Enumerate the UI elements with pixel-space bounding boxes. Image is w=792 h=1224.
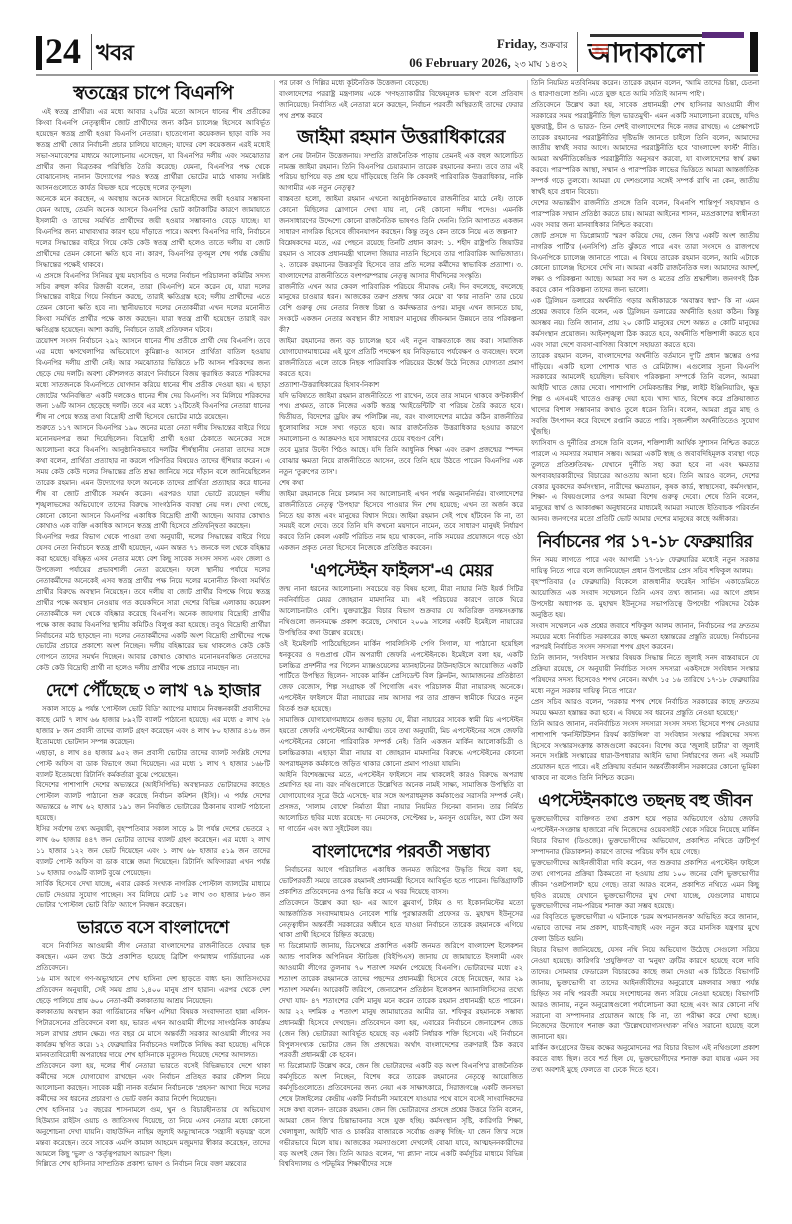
paragraph: ভুক্তভোগীদের ব্যক্তিগত তথ্য প্রকাশ হয়ে … [531, 814, 759, 858]
story-continuation: পর ঢাকা ও দিল্লির মধ্যে কূটনৈতিক উত্তেজন… [279, 78, 523, 122]
story-headline: নির্বাচনের পর ১৭-১৮ ফেব্রুয়ারির [531, 530, 759, 554]
story-headline: এপস্টেইনকাণ্ডে তছনছ বহু জীবন [531, 789, 759, 813]
paragraph: জাইমা রহমানের জন্য বড় চ্যালেঞ্জ হবে এই … [279, 336, 523, 380]
story-body: ভুক্তভোগীদের ব্যক্তিগত তথ্য প্রকাশ হয়ে … [531, 814, 759, 1076]
column-divider [274, 80, 275, 1160]
newspaper-logo: আদাকালো [586, 32, 758, 72]
story-zaima-rahman: জাইমা রহমান উত্তরাধিকারের রূপ নেয় টানটা… [279, 124, 523, 555]
paragraph: তিনি আরও জানান, নবনির্বাচিত সংসদ সদস্যরা… [531, 719, 759, 784]
masthead-rule [36, 74, 758, 76]
flag-icon [592, 44, 608, 54]
paragraph: প্রতিবেদনে উল্লেখ করা হয়- এর আগে ব্লুমব… [279, 898, 523, 942]
paragraph: দিন সময় লাগতে পারে এবং আগামী ১৭-১৮ ফেব্… [531, 555, 759, 577]
paragraph: মার্কিন কংগ্রেসের উভয় কক্ষের অনুমোদনের … [531, 1043, 759, 1076]
paragraph: বাস্তবতা হলো, জাইমা রহমান এখনো আনুষ্ঠানি… [279, 194, 523, 238]
story-headline: জাইমা রহমান উত্তরাধিকারের [279, 124, 523, 150]
day-bn: শুক্রবার [540, 41, 568, 51]
story-postal-ballots: দেশে পৌঁছেছে ৩ লাখ ৭৯ হাজার সকাল সাড়ে ৯… [36, 679, 270, 911]
section-name: খবর [96, 40, 133, 68]
story-headline: 'এপস্টেইন ফাইলস'-এ মেয়র [279, 559, 523, 583]
paragraph: বাংলাদেশের পররাষ্ট্র মন্ত্রণালয় একে 'গণ… [279, 89, 523, 122]
paragraph: জাইমা রহমানকে নিয়ে চলমান সব আলোচনাই এখন… [279, 489, 523, 554]
paragraph: প্রেস সচিব আরও বলেন, 'সরকার শপথ শেষে নির… [531, 697, 759, 719]
page-number: 24 [45, 32, 81, 70]
dateline-day: Friday, শুক্রবার [409, 36, 568, 54]
logo-end-bar [750, 32, 758, 72]
paragraph: ১৬ মাস আগে গণ-অভ্যুত্থানে শেখ হাসিনা দেশ… [36, 974, 270, 1007]
day-en: Friday, [497, 36, 537, 51]
paragraph: তারেক রহমান বলেন, বাংলাদেশের অর্থনীতি বর… [531, 351, 759, 438]
story-body: তিনি নিয়মিত মতবিনিময় করেন। তারেক রহমান… [531, 78, 759, 525]
logo-divider [577, 32, 578, 72]
paragraph: রাজনীতি এখন আর কেবল পারিবারিক পরিচয়ে সী… [279, 282, 523, 337]
paragraph: প্রতিবেদনে বলা হয়, দলের শীর্ষ নেতারা ভা… [36, 1061, 270, 1105]
paragraph: ভুক্তভোগীদের আইনজীবীরা দাবি করেন, গত শুক… [531, 858, 759, 913]
paragraph: আইনি বিশেষজ্ঞদের মতে, এপস্টেইন ফাইলসে না… [279, 770, 523, 835]
paragraph: পর ঢাকা ও দিল্লির মধ্যে কূটনৈতিক উত্তেজন… [279, 78, 523, 89]
paragraph: দ্য ডিপ্লোম্যাট জানায়, ডিসেম্বরে প্রকাশ… [279, 941, 523, 1061]
dateline: Friday, শুক্রবার 06 February 2026, ২৩ মা… [409, 36, 568, 74]
story-epstein-victims: এপস্টেইনকাণ্ডে তছনছ বহু জীবন ভুক্তভোগীদে… [531, 789, 759, 1076]
story-body: এই স্বতন্ত্র প্রার্থীরা। এর মধ্যে আবার ২… [36, 107, 270, 674]
paragraph: ইসির সর্বশেষ তথ্য অনুযায়ী, বৃহস্পতিবার … [36, 824, 270, 879]
story-headline: দেশে পৌঁছেছে ৩ লাখ ৭৯ হাজার [36, 679, 270, 703]
paragraph: এক ট্রিলিয়ন ডলারের অর্থনীতি গড়ার অঙ্গী… [531, 296, 759, 351]
paragraph: বিশ্লেষকদের মতে, এর পেছনে রয়েছে তিনটি প… [279, 238, 523, 282]
paragraph: যদি ভবিষ্যতে জাইমা রহমান রাজনীতিতে পা রা… [279, 391, 523, 446]
paragraph: শেখ হাসিনার ১৫ বছরের শাসনামলে গুম, খুন ও… [36, 1105, 270, 1160]
subheading: প্রত্যাশা-উত্তরাধিকারের হিসাব-নিকাশ [279, 380, 523, 391]
story-epstein-files-mayor: 'এপস্টেইন ফাইলস'-এ মেয়র জন্ম নানা ধরনের… [279, 559, 523, 835]
paragraph: দেশের অভ্যন্তরীণ রাজনীতি প্রসঙ্গে তিনি ব… [531, 198, 759, 231]
paragraph: এ প্রসঙ্গে বিএনপির সিনিয়র যুগ্ম মহাসচিব… [36, 271, 270, 336]
story-body: বসে নির্বাসিত আওয়ামী লীগ নেতারা বাংলাদে… [36, 941, 270, 1170]
paragraph: কলকাতায় অবস্থান করা গার্ডিয়ানের দক্ষিণ… [36, 1007, 270, 1062]
story-body: নির্বাচনের আগে পরিচালিত একাধিক জনমত জরিপ… [279, 865, 523, 1170]
story-new-government-date: নির্বাচনের পর ১৭-১৮ ফেব্রুয়ারির দিন সময… [531, 530, 759, 784]
paragraph: সংবাদ সম্মেলনে এক প্রশ্নের জবাবে শফিকুল … [531, 621, 759, 654]
story-next-pm: বাংলাদেশের পরবর্তী সম্ভাব্য নির্বাচনের আ… [279, 840, 523, 1170]
paragraph: রূপ নেয় টানটান উত্তেজনায়। সম্প্রতি রাজ… [279, 151, 523, 195]
story-headline: বাংলাদেশের পরবর্তী সম্ভাব্য [279, 840, 523, 864]
paragraph: জোট প্রসঙ্গে দ্য ডিপ্লোম্যাট স্মরণ করিয়… [531, 231, 759, 296]
column-2: পর ঢাকা ও দিল্লির মধ্যে কূটনৈতিক উত্তেজন… [279, 78, 523, 1170]
page-number-divider [91, 34, 92, 70]
paragraph: তিনি নিয়মিত মতবিনিময় করেন। তারেক রহমান… [531, 78, 759, 100]
date-bn: ২৩ মাঘ ১৪৩২ [514, 60, 568, 70]
paragraph: সকাল সাড়ে ৯ পর্যন্ত 'পোস্টাল ভোট বিডি' … [36, 704, 270, 748]
newspaper-name: আদাকালো [588, 38, 703, 70]
column-divider [527, 80, 528, 1160]
paragraph: শুরুতে ১১৭ আসনে বিএনপির ১৯০ জনের মতো নেত… [36, 423, 270, 532]
paragraph: বিচার বিভাগ জানিয়েছে, যেসব নথি নিয়ে অভ… [531, 945, 759, 1043]
story-body: পর ঢাকা ও দিল্লির মধ্যে কূটনৈতিক উত্তেজন… [279, 78, 523, 122]
paragraph: দিল্লিতে শেখ হাসিনার সাম্প্রতিক প্রকাশ্য… [36, 1159, 270, 1170]
paragraph: ত্রয়োদশ সংসদ নির্বাচনে ২৯২ আসনে ধানের শ… [36, 336, 270, 423]
logo-tag-badge [702, 32, 744, 38]
story-headline: ভারতে বসে বাংলাদেশে [36, 916, 270, 940]
paragraph: তবে মুদ্রার উল্টো পিঠও আছে। যদি তিনি আধু… [279, 445, 523, 478]
paragraph: এছাড়া, ৪ লাখ ৪৪ হাজার ৯৫২ জন প্রবাসী ভো… [36, 748, 270, 781]
paragraph: বিএনপির দপ্তর বিভাগ থেকে পাওয়া তথ্য অনু… [36, 532, 270, 674]
paragraph: তিনি জানান, 'সংবিধান সংস্কার বিষয়ক সিদ্… [531, 653, 759, 697]
paragraph: এর বিবৃতিতে ভুক্তভোগীরা এ ঘটনাকে 'চরম অপ… [531, 912, 759, 945]
paragraph: জন্ম নানা ধরনের আলোচনা। সবচেয়ে বড় বিষয… [279, 584, 523, 639]
story-awami-league-india: ভারতে বসে বাংলাদেশে বসে নির্বাসিত আওয়াম… [36, 916, 270, 1170]
paragraph: নির্বাচনের আগে পরিচালিত একাধিক জনমত জরিপ… [279, 865, 523, 898]
column-1: স্বতন্ত্রের চাপে বিএনপি এই স্বতন্ত্র প্র… [36, 78, 270, 1170]
paragraph: ওই ইমেইলটি পাঠিয়েছিলেন মার্কিন পাবলিসিস… [279, 639, 523, 715]
subheading: শেষ কথা [279, 478, 523, 489]
paragraph: ফ্যাসিবাদ ও দুর্নীতির প্রসঙ্গে তিনি বলেন… [531, 438, 759, 525]
paragraph: বিদেশের পাশাপাশি দেশের অভ্যন্তরে (আইসিপি… [36, 780, 270, 824]
story-continuation: তিনি নিয়মিত মতবিনিময় করেন। তারেক রহমান… [531, 78, 759, 525]
date-en: 06 February 2026, [409, 55, 510, 70]
story-body: দিন সময় লাগতে পারে এবং আগামী ১৭-১৮ ফেব্… [531, 555, 759, 784]
paragraph: সামাজিক যোগাযোগমাধ্যমে গুজব ছড়ায় যে, ম… [279, 715, 523, 770]
paragraph: প্রতিবেদনে উল্লেখ করা হয়, সাবেক প্রধানম… [531, 100, 759, 198]
story-body: জন্ম নানা ধরনের আলোচনা। সবচেয়ে বড় বিষয… [279, 584, 523, 835]
column-3: তিনি নিয়মিত মতবিনিময় করেন। তারেক রহমান… [531, 78, 759, 1076]
story-body: সকাল সাড়ে ৯ পর্যন্ত 'পোস্টাল ভোট বিডি' … [36, 704, 270, 911]
paragraph: দ্য ডিপ্লোম্যাট উল্লেখ করে, জেন জি ভোটার… [279, 1061, 523, 1170]
page-number-bar [36, 36, 42, 70]
paragraph: এই স্বতন্ত্র প্রার্থীরা। এর মধ্যে আবার ২… [36, 107, 270, 194]
paragraph: সার্বিক হিসেবে দেখা যাচ্ছে, এবার রেকর্ড … [36, 879, 270, 912]
paragraph: বসে নির্বাসিত আওয়ামী লীগ নেতারা বাংলাদে… [36, 941, 270, 974]
story-body: রূপ নেয় টানটান উত্তেজনায়। সম্প্রতি রাজ… [279, 151, 523, 555]
dateline-date: 06 February 2026, ২৩ মাঘ ১৪৩২ [409, 54, 568, 74]
paragraph: বৃহস্পতিবার (৫ ফেব্রুয়ারি) বিকেলে রাজধা… [531, 577, 759, 621]
masthead: 24 খবর Friday, শুক্রবার 06 February 2026… [36, 30, 758, 74]
story-bnp-independents: স্বতন্ত্রের চাপে বিএনপি এই স্বতন্ত্র প্র… [36, 80, 270, 674]
story-headline: স্বতন্ত্রের চাপে বিএনপি [36, 80, 270, 106]
paragraph: অনেকে মনে করছেন, এ অবস্থায় অনেক আসনে বি… [36, 194, 270, 270]
